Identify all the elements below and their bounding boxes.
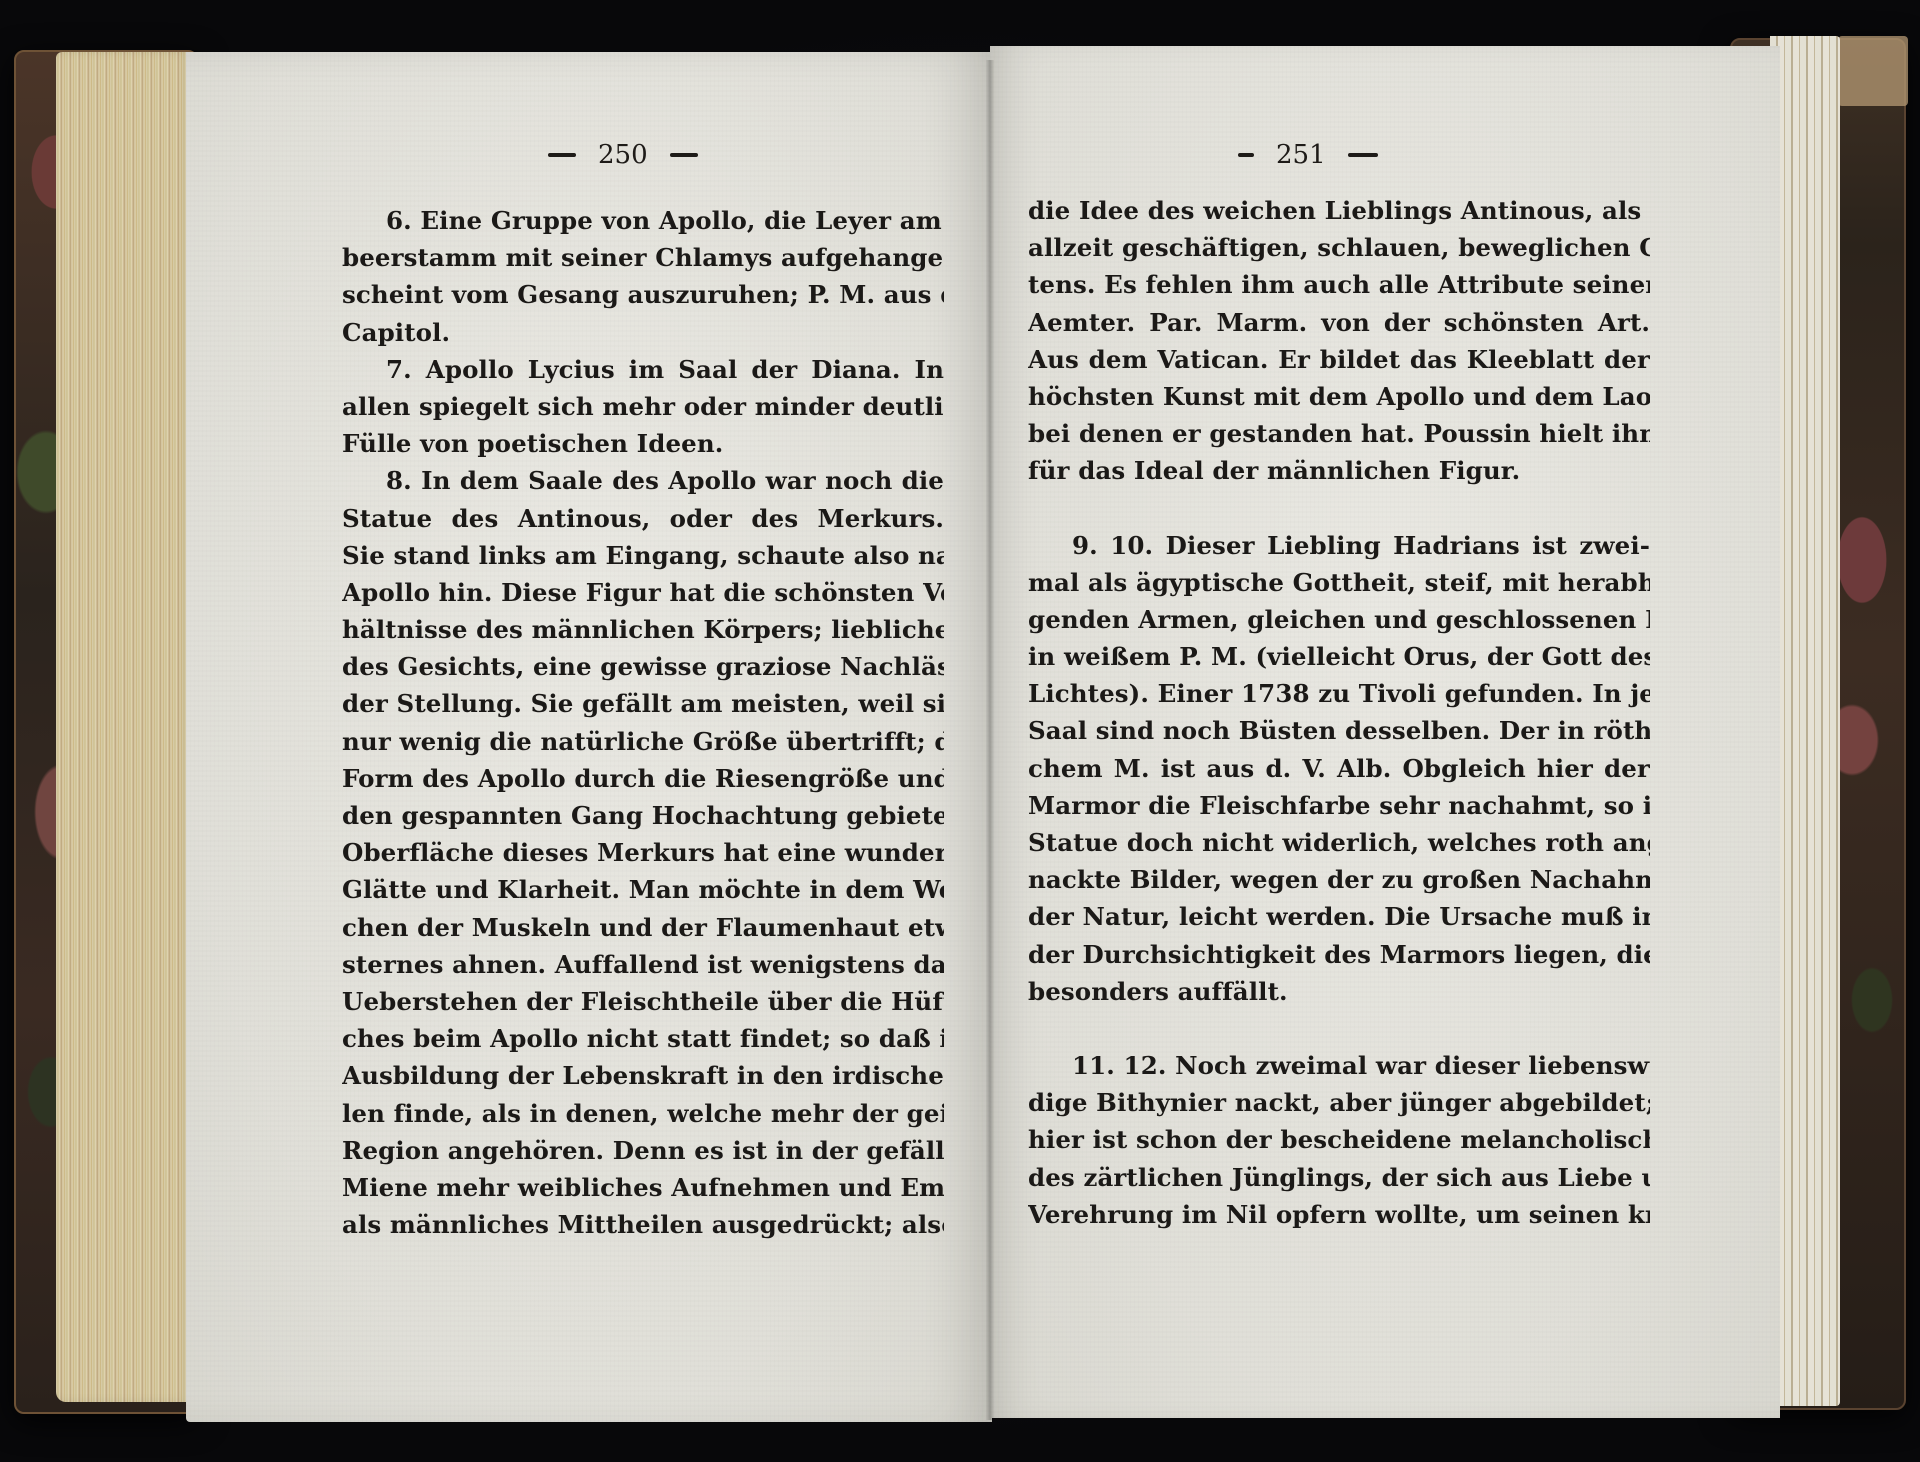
worn-corner xyxy=(1838,36,1908,106)
left-page-edges xyxy=(56,52,191,1402)
text-line: 11. 12. Noch zweimal war dieser liebensw… xyxy=(1028,1047,1650,1084)
folio-dash xyxy=(1238,153,1254,157)
text-line: der Natur, leicht werden. Die Ursache mu… xyxy=(1028,898,1650,935)
text-line: ches beim Apollo nicht statt findet; so … xyxy=(342,1020,944,1057)
text-line: 7. Apollo Lycius im Saal der Diana. In xyxy=(342,351,944,388)
text-line: Apollo hin. Diese Figur hat die schönste… xyxy=(342,574,944,611)
right-page-text: die Idee des weichen Lieblings Antinous,… xyxy=(1028,192,1650,1233)
text-line: als männliches Mittheilen ausgedrückt; a… xyxy=(342,1206,944,1243)
text-line: dige Bithynier nackt, aber jünger abgebi… xyxy=(1028,1084,1650,1121)
text-line: allzeit geschäftigen, schlauen, beweglic… xyxy=(1028,229,1650,266)
text-line: tens. Es fehlen ihm auch alle Attribute … xyxy=(1028,266,1650,303)
text-line: 6. Eine Gruppe von Apollo, die Leyer am … xyxy=(342,202,944,239)
paragraph-block: 9. 10. Dieser Liebling Hadrians ist zwei… xyxy=(1028,527,1650,1010)
text-line: chem M. ist aus d. V. Alb. Obgleich hier… xyxy=(1028,750,1650,787)
text-line: allen spiegelt sich mehr oder minder deu… xyxy=(342,388,944,425)
text-line: Fülle von poetischen Ideen. xyxy=(342,425,944,462)
text-line: Lichtes). Einer 1738 zu Tivoli gefunden.… xyxy=(1028,675,1650,712)
text-line: Region angehören. Denn es ist in der gef… xyxy=(342,1132,944,1169)
folio-dash xyxy=(548,153,576,157)
text-line: Marmor die Fleischfarbe sehr nachahmt, s… xyxy=(1028,787,1650,824)
text-line: Statue des Antinous, oder des Merkurs. xyxy=(342,500,944,537)
text-line: Capitol. xyxy=(342,314,944,351)
text-line: Saal sind noch Büsten desselben. Der in … xyxy=(1028,712,1650,749)
text-line: Oberfläche dieses Merkurs hat eine wunde… xyxy=(342,834,944,871)
text-line: Ueberstehen der Fleischtheile über die H… xyxy=(342,983,944,1020)
text-line: Verehrung im Nil opfern wollte, um seine… xyxy=(1028,1196,1650,1233)
folio-dash xyxy=(670,153,698,157)
text-line: Ausbildung der Lebenskraft in den irdisc… xyxy=(342,1057,944,1094)
text-line: den gespannten Gang Hochachtung gebietet… xyxy=(342,797,944,834)
text-line: Glätte und Klarheit. Man möchte in dem W… xyxy=(342,871,944,908)
text-line: genden Armen, gleichen und geschlossenen… xyxy=(1028,601,1650,638)
paragraph-gap xyxy=(1028,1010,1650,1047)
text-line: beerstamm mit seiner Chlamys aufgehangen… xyxy=(342,239,944,276)
text-line: 9. 10. Dieser Liebling Hadrians ist zwei… xyxy=(1028,527,1650,564)
text-line: chen der Muskeln und der Flaumenhaut etw… xyxy=(342,909,944,946)
text-line: höchsten Kunst mit dem Apollo und dem La… xyxy=(1028,378,1650,415)
text-line: nur wenig die natürliche Größe übertriff… xyxy=(342,723,944,760)
text-line: hältnisse des männlichen Körpers; liebli… xyxy=(342,611,944,648)
paragraph-gap xyxy=(1028,490,1650,527)
text-line: die Idee des weichen Lieblings Antinous,… xyxy=(1028,192,1650,229)
text-line: Form des Apollo durch die Riesengröße un… xyxy=(342,760,944,797)
text-line: Aemter. Par. Marm. von der schönsten Art… xyxy=(1028,304,1650,341)
page-number-text: 250 xyxy=(598,140,648,170)
text-line: für das Ideal der männlichen Figur. xyxy=(1028,452,1650,489)
text-line: hier ist schon der bescheidene melanchol… xyxy=(1028,1121,1650,1158)
text-line: besonders auffällt. xyxy=(1028,973,1650,1010)
text-line: der Durchsichtigkeit des Marmors liegen,… xyxy=(1028,936,1650,973)
folio-dash xyxy=(1348,153,1378,157)
text-line: Statue doch nicht widerlich, welches rot… xyxy=(1028,824,1650,861)
page-number-text: 251 xyxy=(1276,140,1326,170)
text-line: Miene mehr weibliches Aufnehmen und Empf… xyxy=(342,1169,944,1206)
left-page-number: 250 xyxy=(548,140,698,170)
text-line: der Stellung. Sie gefällt am meisten, we… xyxy=(342,685,944,722)
right-page-edges xyxy=(1770,36,1840,1406)
text-line: Sie stand links am Eingang, schaute also… xyxy=(342,537,944,574)
text-line: len finde, als in denen, welche mehr der… xyxy=(342,1095,944,1132)
text-line: des zärtlichen Jünglings, der sich aus L… xyxy=(1028,1159,1650,1196)
right-page-number: 251 xyxy=(1238,140,1378,170)
text-line: des Gesichts, eine gewisse graziose Nach… xyxy=(342,648,944,685)
text-line: in weißem P. M. (vielleicht Orus, der Go… xyxy=(1028,638,1650,675)
text-line: scheint vom Gesang auszuruhen; P. M. aus… xyxy=(342,276,944,313)
text-line: nackte Bilder, wegen der zu großen Nacha… xyxy=(1028,861,1650,898)
paragraph-block: 11. 12. Noch zweimal war dieser liebensw… xyxy=(1028,1047,1650,1233)
text-line: Aus dem Vatican. Er bildet das Kleeblatt… xyxy=(1028,341,1650,378)
text-line: bei denen er gestanden hat. Poussin hiel… xyxy=(1028,415,1650,452)
paragraph-block: die Idee des weichen Lieblings Antinous,… xyxy=(1028,192,1650,490)
text-line: 8. In dem Saale des Apollo war noch die xyxy=(342,462,944,499)
text-line: mal als ägyptische Gottheit, steif, mit … xyxy=(1028,564,1650,601)
left-page-text: 6. Eine Gruppe von Apollo, die Leyer am … xyxy=(342,202,944,1243)
book-gutter xyxy=(986,60,994,1420)
text-line: sternes ahnen. Auffallend ist wenigstens… xyxy=(342,946,944,983)
